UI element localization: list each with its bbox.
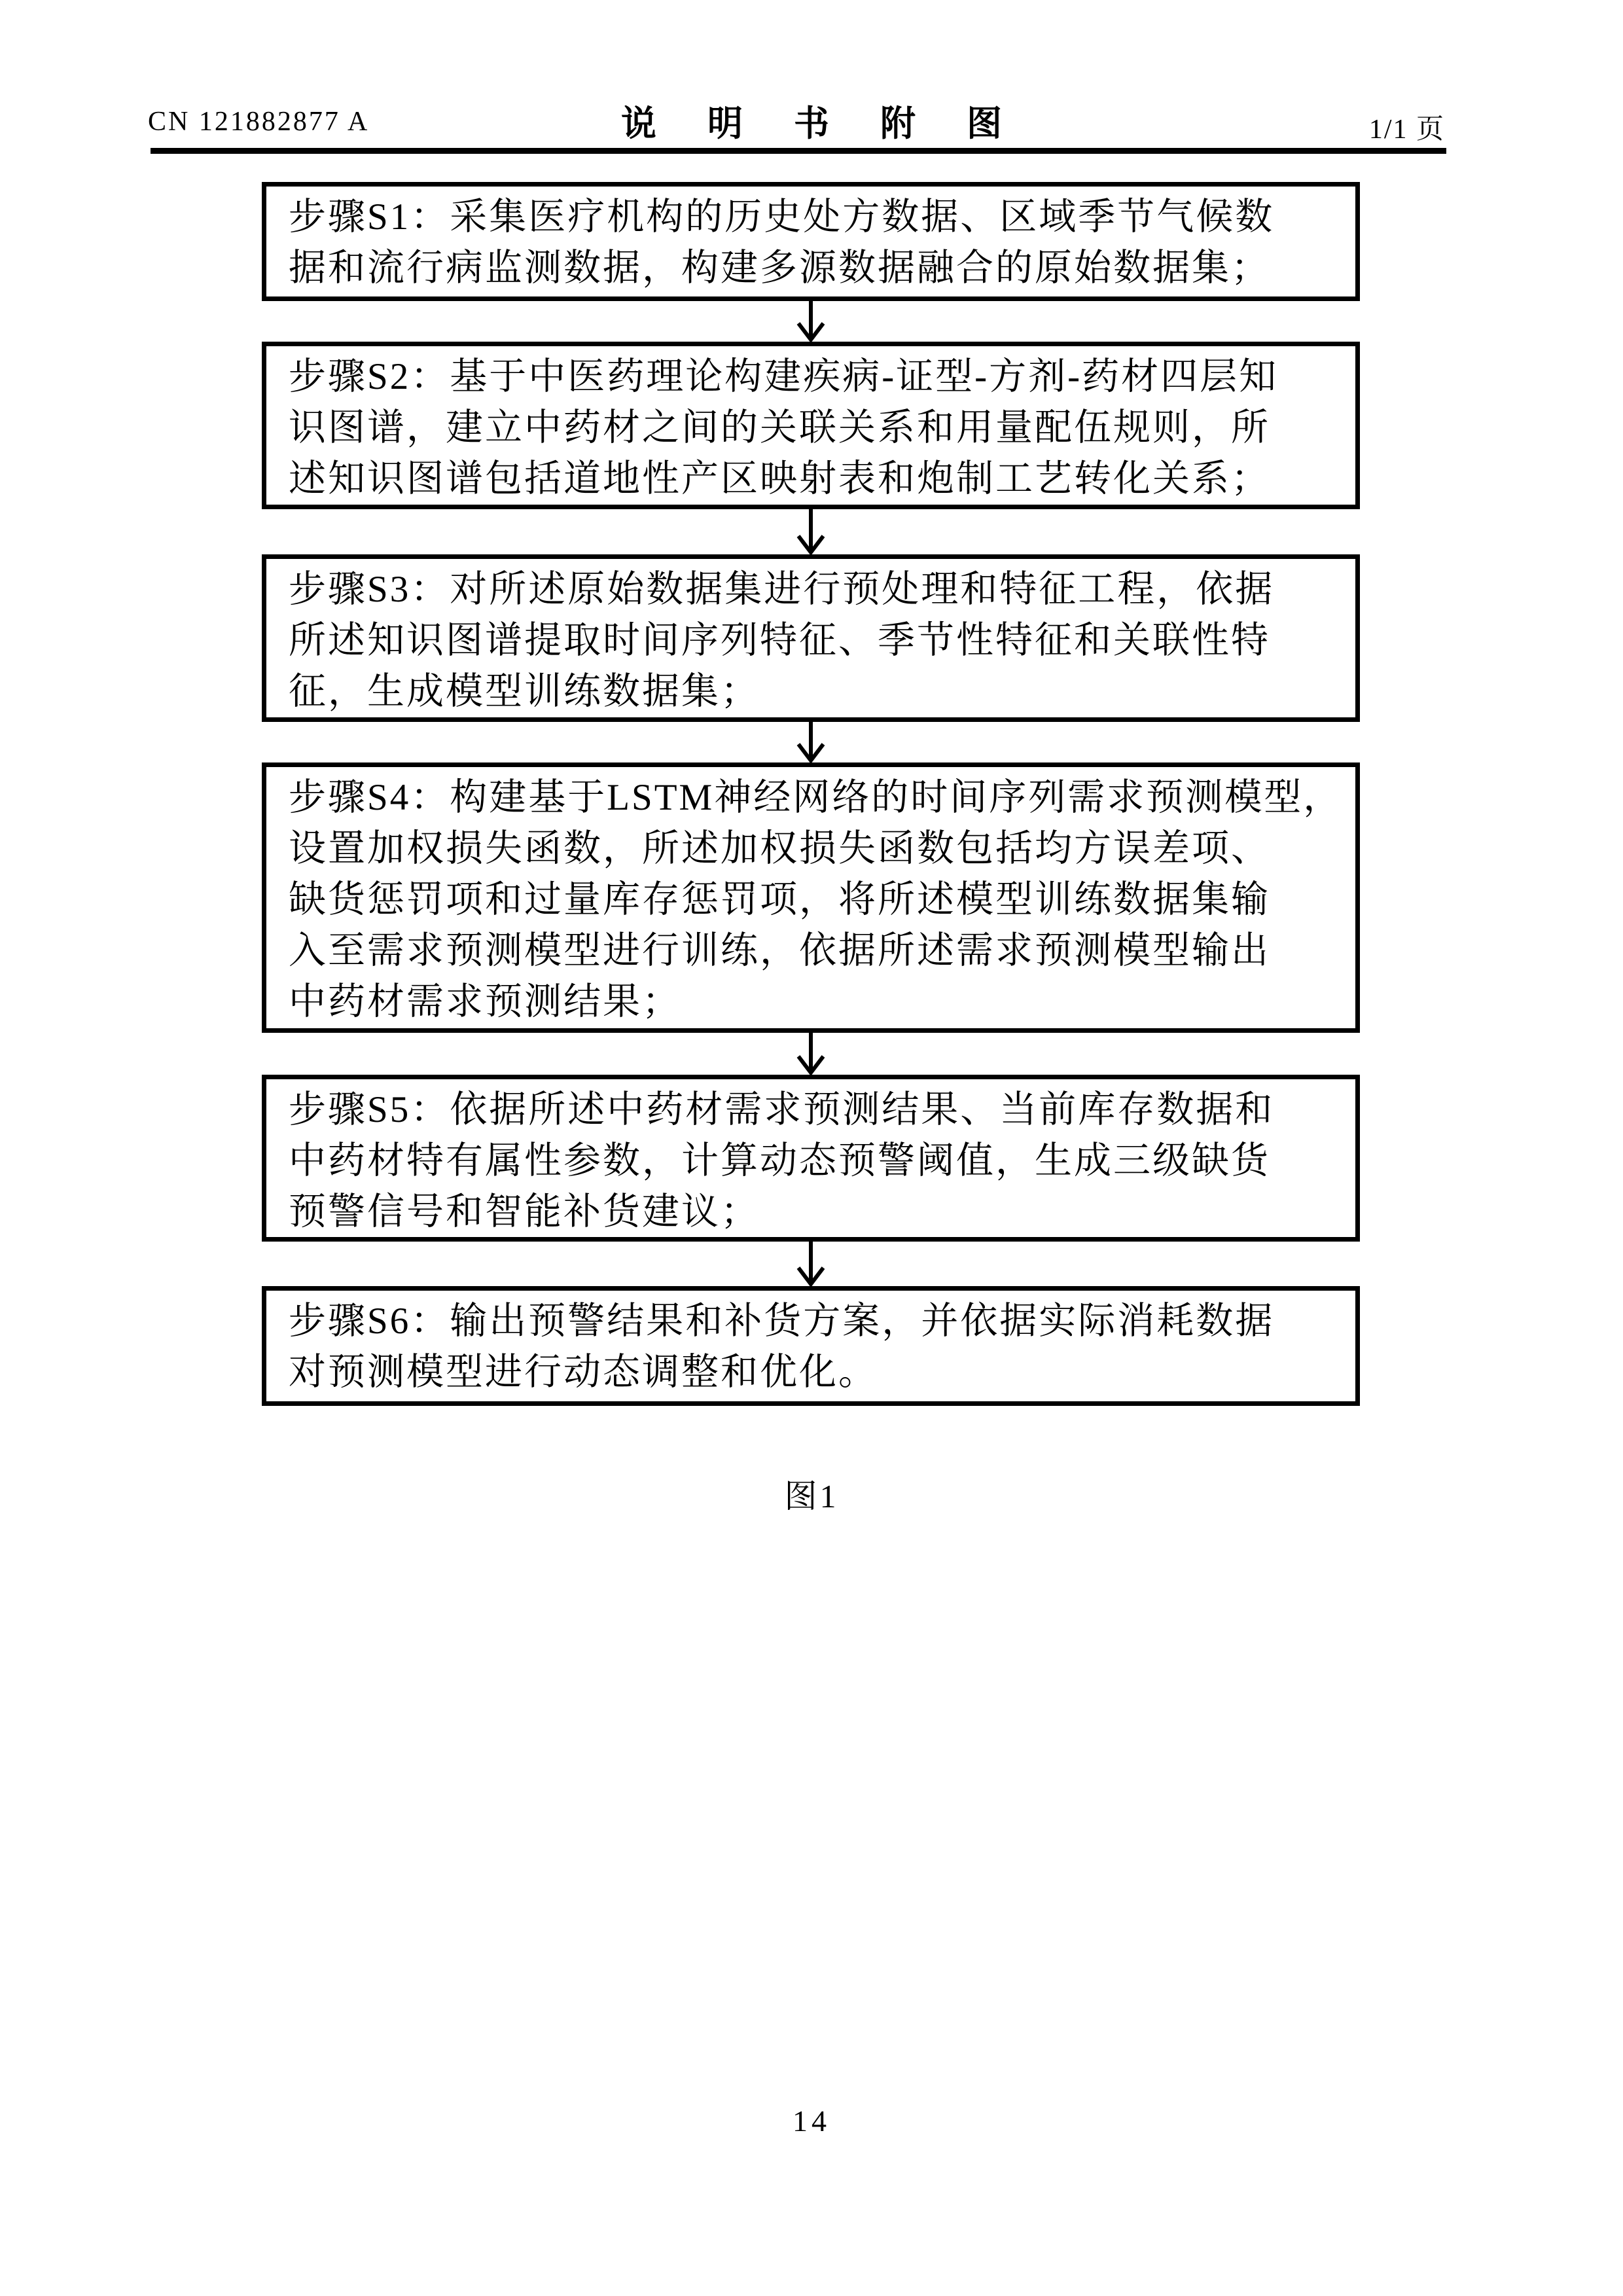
flow-step-s3: 步骤S3：对所述原始数据集进行预处理和特征工程，依据 所述知识图谱提取时间序列特…: [262, 554, 1360, 722]
flow-step-line: 述知识图谱包括道地性产区映射表和炮制工艺转化关系；: [289, 454, 1336, 505]
flow-step-line: 缺货惩罚项和过量库存惩罚项，将所述模型训练数据集输: [289, 874, 1336, 925]
flow-step-line: 设置加权损失函数，所述加权损失函数包括均方误差项、: [289, 823, 1336, 874]
flow-step-line: 据和流行病监测数据，构建多源数据融合的原始数据集；: [289, 243, 1336, 294]
flow-step-s6: 步骤S6：输出预警结果和补货方案，并依据实际消耗数据 对预测模型进行动态调整和优…: [262, 1286, 1360, 1406]
flow-step-line: 步骤S1：采集医疗机构的历史处方数据、区域季节气候数: [289, 192, 1336, 243]
flow-step-line: 预警信号和智能补货建议；: [289, 1187, 1336, 1238]
flow-step-line: 步骤S3：对所述原始数据集进行预处理和特征工程，依据: [289, 564, 1336, 615]
flow-step-line: 识图谱，建立中药材之间的关联关系和用量配伍规则，所: [289, 403, 1336, 454]
flow-step-line: 中药材特有属性参数，计算动态预警阈值，生成三级缺货: [289, 1136, 1336, 1187]
flow-step-s5: 步骤S5：依据所述中药材需求预测结果、当前库存数据和 中药材特有属性参数，计算动…: [262, 1075, 1360, 1242]
patent-page: CN 121882877 A 说明书附图 1/1 页 步骤S1：采集医疗机构的历…: [0, 0, 1623, 2296]
flow-step-line: 所述知识图谱提取时间序列特征、季节性特征和关联性特: [289, 615, 1336, 666]
page-indicator: 1/1 页: [1369, 107, 1445, 147]
flow-step-line: 征，生成模型训练数据集；: [289, 666, 1336, 717]
flow-step-line: 中药材需求预测结果；: [289, 977, 1336, 1028]
arrow-down-icon: [793, 301, 829, 342]
page-number: 14: [0, 2104, 1623, 2138]
flow-step-line: 入至需求预测模型进行训练，依据所述需求预测模型输出: [289, 925, 1336, 977]
flow-step-line: 步骤S4：构建基于LSTM神经网络的时间序列需求预测模型，: [289, 772, 1336, 823]
figure-caption: 图1: [0, 1470, 1623, 1517]
flow-step-line: 步骤S5：依据所述中药材需求预测结果、当前库存数据和: [289, 1085, 1336, 1136]
arrow-down-icon: [793, 722, 829, 762]
flow-step-s2: 步骤S2：基于中医药理论构建疾病-证型-方剂-药材四层知 识图谱，建立中药材之间…: [262, 342, 1360, 509]
flow-step-line: 对预测模型进行动态调整和优化。: [289, 1347, 1336, 1398]
flow-step-s4: 步骤S4：构建基于LSTM神经网络的时间序列需求预测模型， 设置加权损失函数，所…: [262, 762, 1360, 1033]
flow-step-s1: 步骤S1：采集医疗机构的历史处方数据、区域季节气候数 据和流行病监测数据，构建多…: [262, 182, 1360, 301]
arrow-down-icon: [793, 1033, 829, 1075]
flow-step-line: 步骤S6：输出预警结果和补货方案，并依据实际消耗数据: [289, 1296, 1336, 1347]
header-rule: [151, 148, 1446, 154]
arrow-down-icon: [793, 509, 829, 554]
arrow-down-icon: [793, 1242, 829, 1286]
flow-step-line: 步骤S2：基于中医药理论构建疾病-证型-方剂-药材四层知: [289, 351, 1336, 403]
